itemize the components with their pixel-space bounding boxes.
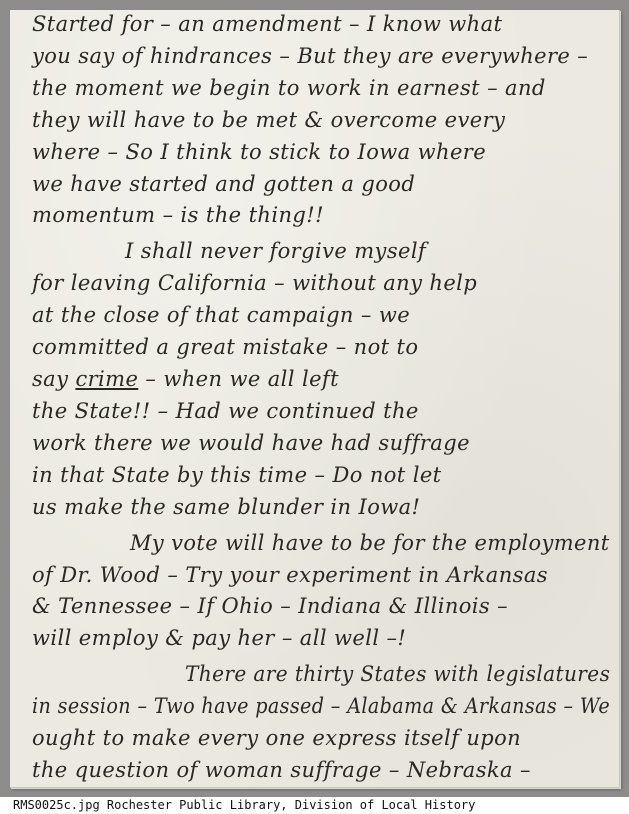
handwritten-line-4: they will have to be met & overcome ever… <box>32 108 505 132</box>
handwritten-line-12: say crime – when we all left <box>32 367 339 391</box>
handwritten-line-23: ought to make every one express itself u… <box>32 726 521 750</box>
letter-page: Started for – an amendment – I know what… <box>10 10 620 788</box>
handwritten-line-13: the State!! – Had we continued the <box>32 399 419 423</box>
handwritten-line-3: the moment we begin to work in earnest –… <box>32 76 546 100</box>
handwritten-line-5: where – So I think to stick to Iowa wher… <box>32 140 486 164</box>
handwritten-line-17: My vote will have to be for the employme… <box>130 531 610 555</box>
image-viewer: Started for – an amendment – I know what… <box>0 0 629 814</box>
underlined-word: crime <box>75 367 138 391</box>
handwritten-line-22: in session – Two have passed – Alabama &… <box>32 694 610 718</box>
handwritten-line-2: you say of hindrances – But they are eve… <box>32 44 588 68</box>
image-caption: RMS0025c.jpg Rochester Public Library, D… <box>0 797 629 814</box>
handwritten-line-19: & Tennessee – If Ohio – Indiana & Illino… <box>32 594 508 618</box>
handwritten-line-1: Started for – an amendment – I know what <box>32 12 502 36</box>
handwritten-line-9: for leaving California – without any hel… <box>32 271 477 295</box>
handwritten-line-24: the question of woman suffrage – Nebrask… <box>32 758 531 782</box>
handwritten-line-20: will employ & pay her – all well –! <box>32 626 406 650</box>
handwritten-line-8: I shall never forgive myself <box>125 239 426 263</box>
handwritten-line-11: committed a great mistake – not to <box>32 335 418 359</box>
handwritten-line-7: momentum – is the thing!! <box>32 203 324 227</box>
handwritten-line-6: we have started and gotten a good <box>32 172 415 196</box>
handwritten-line-18: of Dr. Wood – Try your experiment in Ark… <box>32 563 548 587</box>
handwritten-line-14: work there we would have had suffrage <box>32 431 470 455</box>
handwritten-line-16: us make the same blunder in Iowa! <box>32 495 420 519</box>
handwritten-line-21: There are thirty States with legislature… <box>185 662 610 686</box>
handwritten-line-10: at the close of that campaign – we <box>32 303 410 327</box>
scanned-image: Started for – an amendment – I know what… <box>0 0 629 797</box>
handwritten-line-15: in that State by this time – Do not let <box>32 463 441 487</box>
